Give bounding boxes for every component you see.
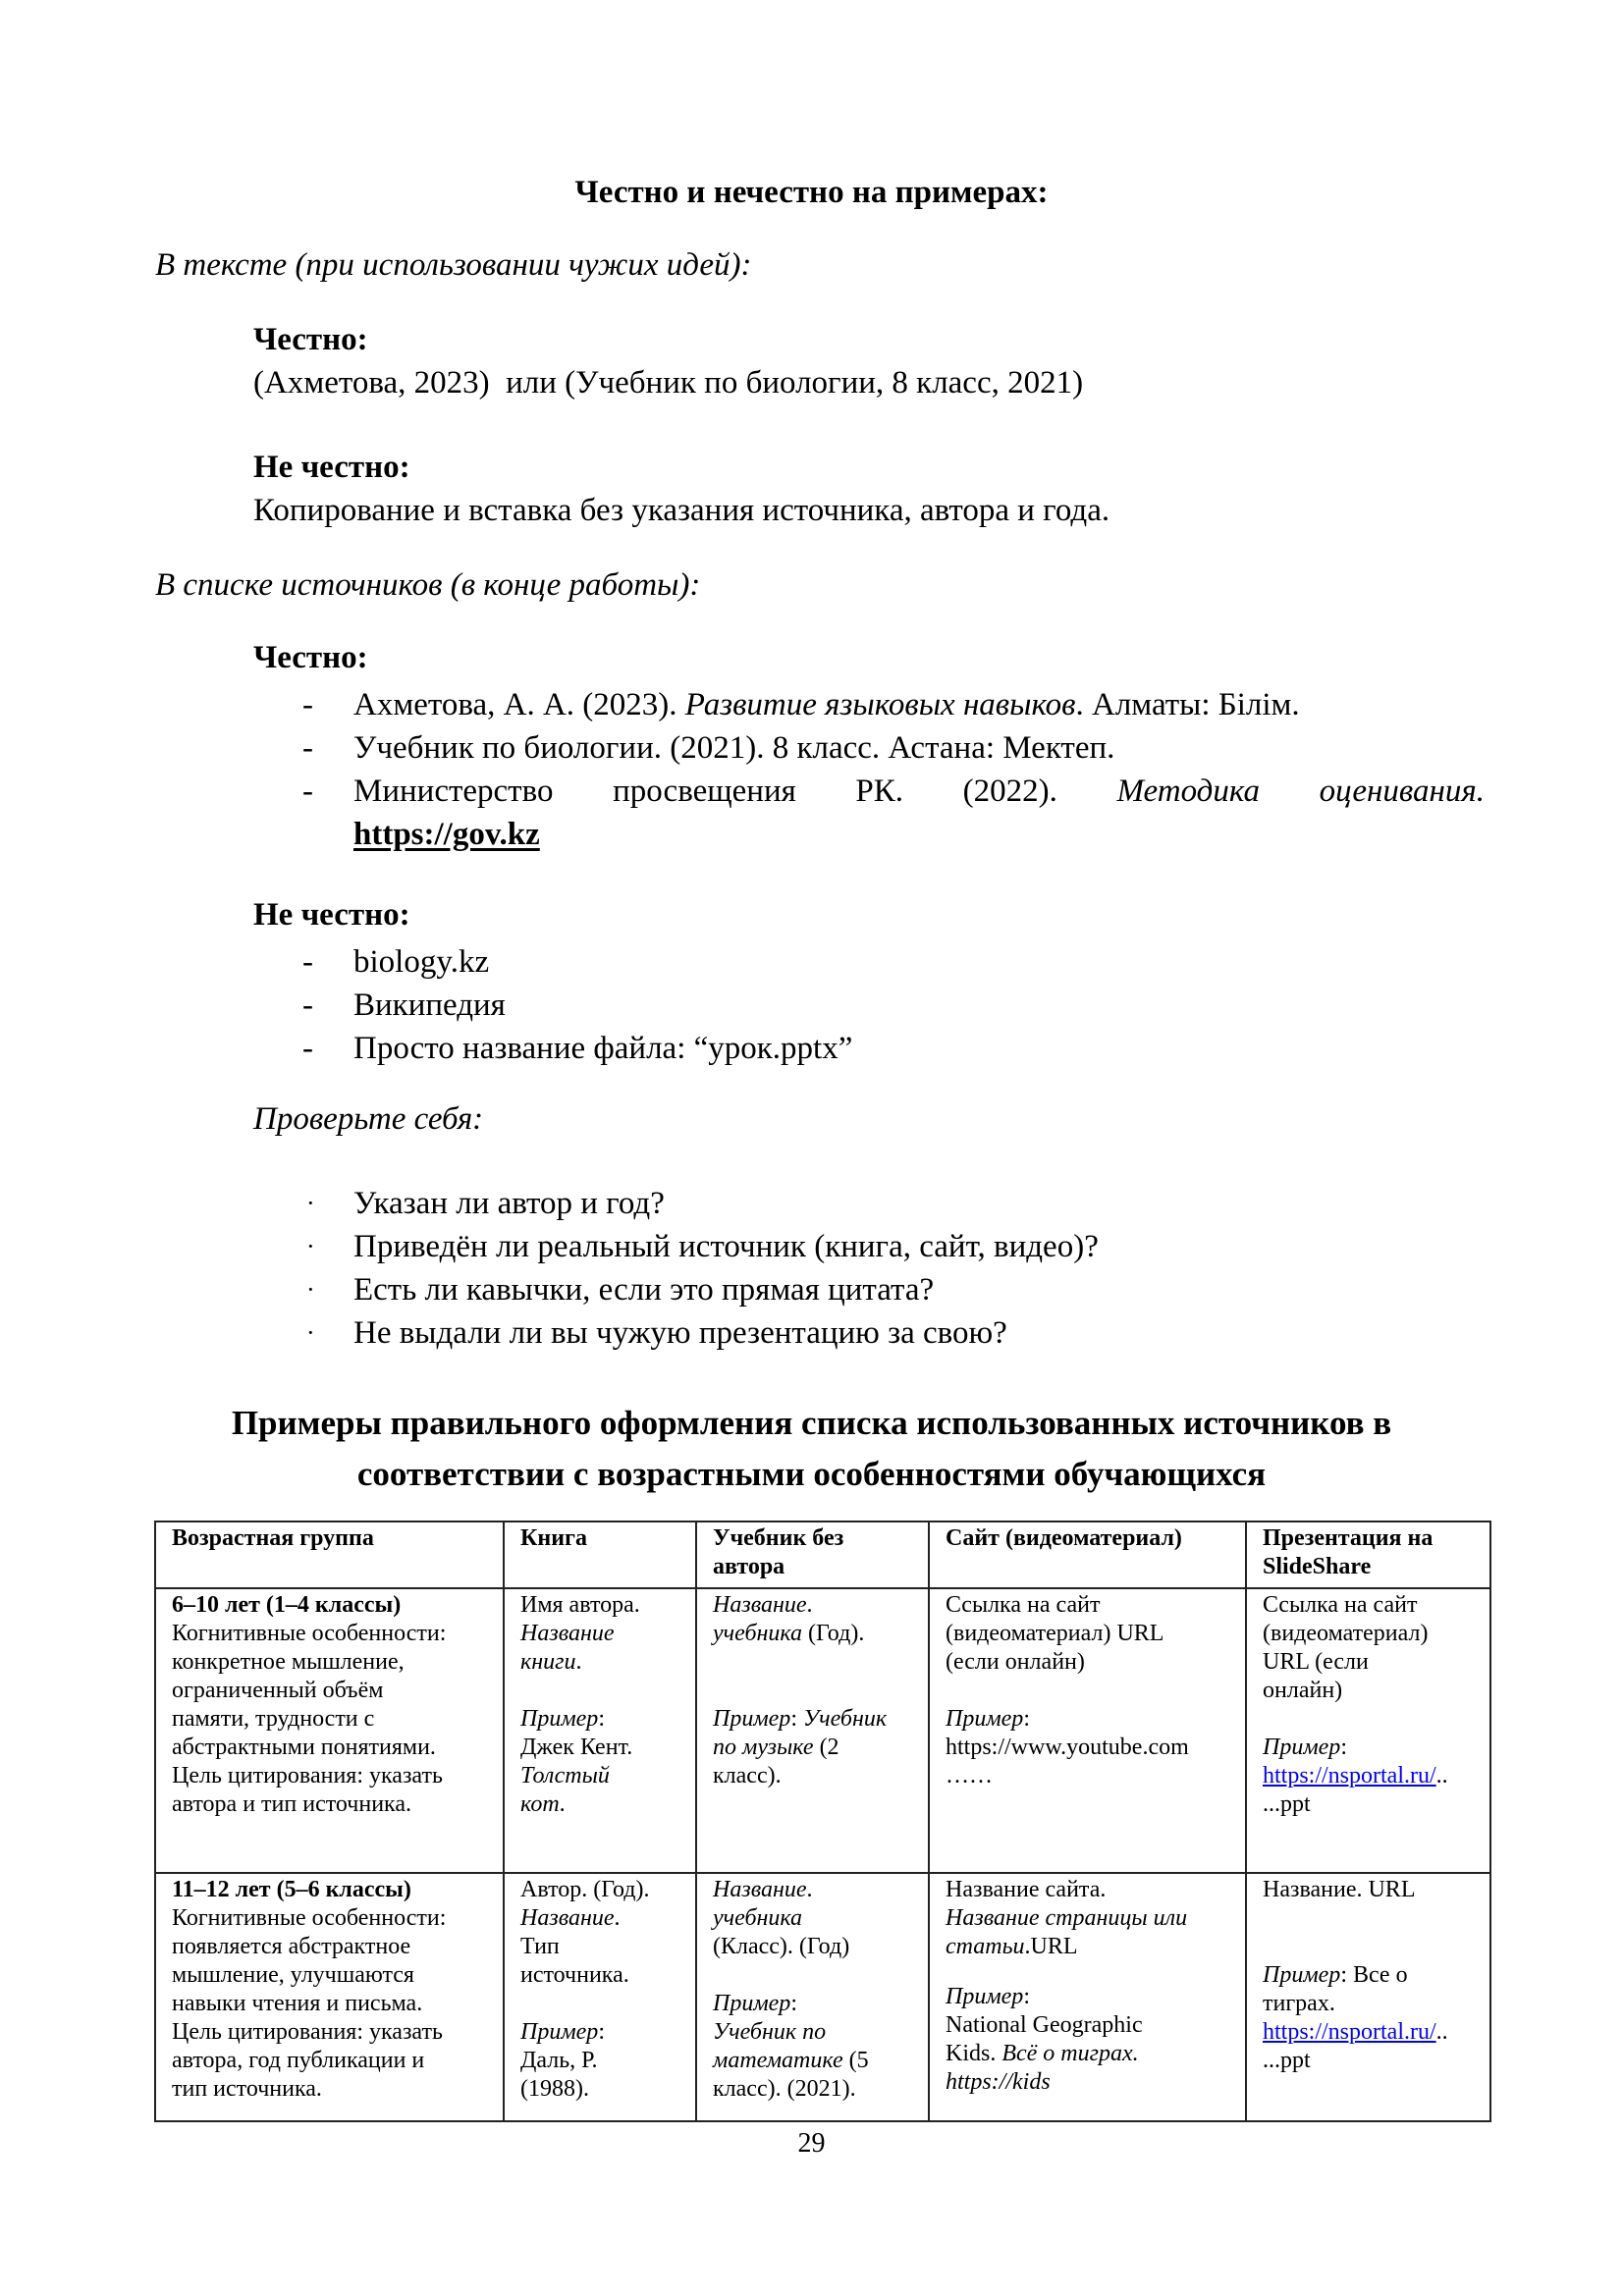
- list-item: -biology.kz: [295, 940, 852, 984]
- self-check-heading: Проверьте себя:: [253, 1101, 483, 1138]
- dot-bullet: ·: [306, 1182, 315, 1225]
- list-item: ·Приведён ли реальный источник (книга, с…: [295, 1225, 1099, 1268]
- dishonest-label-in-text: Не честно:: [253, 450, 410, 486]
- dot-bullet: ·: [306, 1311, 315, 1355]
- column-header-book: Книга: [504, 1522, 696, 1588]
- column-header-site: Сайт (видеоматериал): [929, 1522, 1246, 1588]
- nsportal-link[interactable]: https://nsportal.ru/: [1263, 2019, 1436, 2045]
- dash-bullet: -: [302, 984, 313, 1027]
- section-heading-in-text: В тексте (при использовании чужих идей):: [155, 247, 751, 284]
- column-header-age-group: Возрастная группа: [155, 1522, 504, 1588]
- column-header-textbook: Учебник без автора: [696, 1522, 929, 1588]
- dash-bullet: -: [302, 726, 313, 770]
- section-heading-in-list: В списке источников (в конце работы):: [155, 567, 700, 604]
- column-header-slides: Презентация на SlideShare: [1246, 1522, 1490, 1588]
- list-item: - Министерство просвещения РК. (2022). М…: [295, 770, 1485, 813]
- page-number: 29: [0, 2128, 1623, 2160]
- section-title: Примеры правильного оформления списка ис…: [0, 1398, 1623, 1500]
- list-item: - Учебник по биологии. (2021). 8 класс. …: [295, 726, 1485, 770]
- honest-example-b: (Учебник по биологии, 8 класс, 2021): [565, 365, 1083, 400]
- cell-textbook: Название. учебника (Год). Пример: Учебни…: [696, 1588, 929, 1873]
- honest-example-in-text: (Ахметова, 2023) или (Учебник по биологи…: [253, 365, 1083, 401]
- table-row: 6–10 лет (1–4 классы) Когнитивные особен…: [155, 1588, 1490, 1873]
- list-item: ·Указан ли автор и год?: [295, 1182, 1099, 1225]
- list-item: - Ахметова, А. А. (2023). Развитие языко…: [295, 683, 1485, 726]
- table-row: 11–12 лет (5–6 классы) Когнитивные особе…: [155, 1873, 1490, 2121]
- gov-kz-link[interactable]: https://gov.kz: [353, 817, 540, 852]
- cell-slides: Ссылка на сайт (видеоматериал) URL (если…: [1246, 1588, 1490, 1873]
- dishonest-label-in-list: Не честно:: [253, 897, 410, 934]
- list-item: ·Не выдали ли вы чужую презентацию за св…: [295, 1311, 1099, 1355]
- cell-age-group: 11–12 лет (5–6 классы) Когнитивные особе…: [155, 1873, 504, 2121]
- list-item: ·Есть ли кавычки, если это прямая цитата…: [295, 1268, 1099, 1311]
- cell-textbook: Название. учебника (Класс). (Год) Пример…: [696, 1873, 929, 2121]
- list-item-continuation: https://gov.kz: [295, 813, 1485, 856]
- citation-examples-table: Возрастная группа Книга Учебник без авто…: [154, 1521, 1491, 2122]
- dash-bullet: -: [302, 940, 313, 984]
- honest-example-a: (Ахметова, 2023): [253, 365, 490, 400]
- honest-label-in-list: Честно:: [253, 640, 368, 676]
- honest-label-in-text: Честно:: [253, 322, 368, 358]
- cell-book: Имя автора. Название книги. Пример: Джек…: [504, 1588, 696, 1873]
- dot-bullet: ·: [306, 1225, 315, 1268]
- dishonest-sources-list: -biology.kz -Википедия -Просто название …: [295, 940, 852, 1070]
- honest-example-or: или: [506, 365, 557, 400]
- dash-bullet: -: [302, 770, 313, 813]
- page-title: Честно и нечестно на примерах:: [0, 175, 1623, 211]
- nsportal-link[interactable]: https://nsportal.ru/: [1263, 1763, 1436, 1789]
- table-header-row: Возрастная группа Книга Учебник без авто…: [155, 1522, 1490, 1588]
- cell-site: Ссылка на сайт (видеоматериал) URL (если…: [929, 1588, 1246, 1873]
- honest-sources-list: - Ахметова, А. А. (2023). Развитие языко…: [295, 683, 1485, 856]
- cell-slides: Название. URL Пример: Все о тиграх. http…: [1246, 1873, 1490, 2121]
- cell-site: Название сайта. Название страницы или ст…: [929, 1873, 1246, 2121]
- dishonest-example-in-text: Копирование и вставка без указания источ…: [253, 493, 1109, 529]
- cell-book: Автор. (Год). Название. Тип источника. П…: [504, 1873, 696, 2121]
- dash-bullet: -: [302, 1027, 313, 1070]
- dash-bullet: -: [302, 683, 313, 726]
- dot-bullet: ·: [306, 1268, 315, 1311]
- self-check-list: ·Указан ли автор и год? ·Приведён ли реа…: [295, 1182, 1099, 1355]
- list-item: -Википедия: [295, 984, 852, 1027]
- cell-age-group: 6–10 лет (1–4 классы) Когнитивные особен…: [155, 1588, 504, 1873]
- list-item: -Просто название файла: “урок.pptx”: [295, 1027, 852, 1070]
